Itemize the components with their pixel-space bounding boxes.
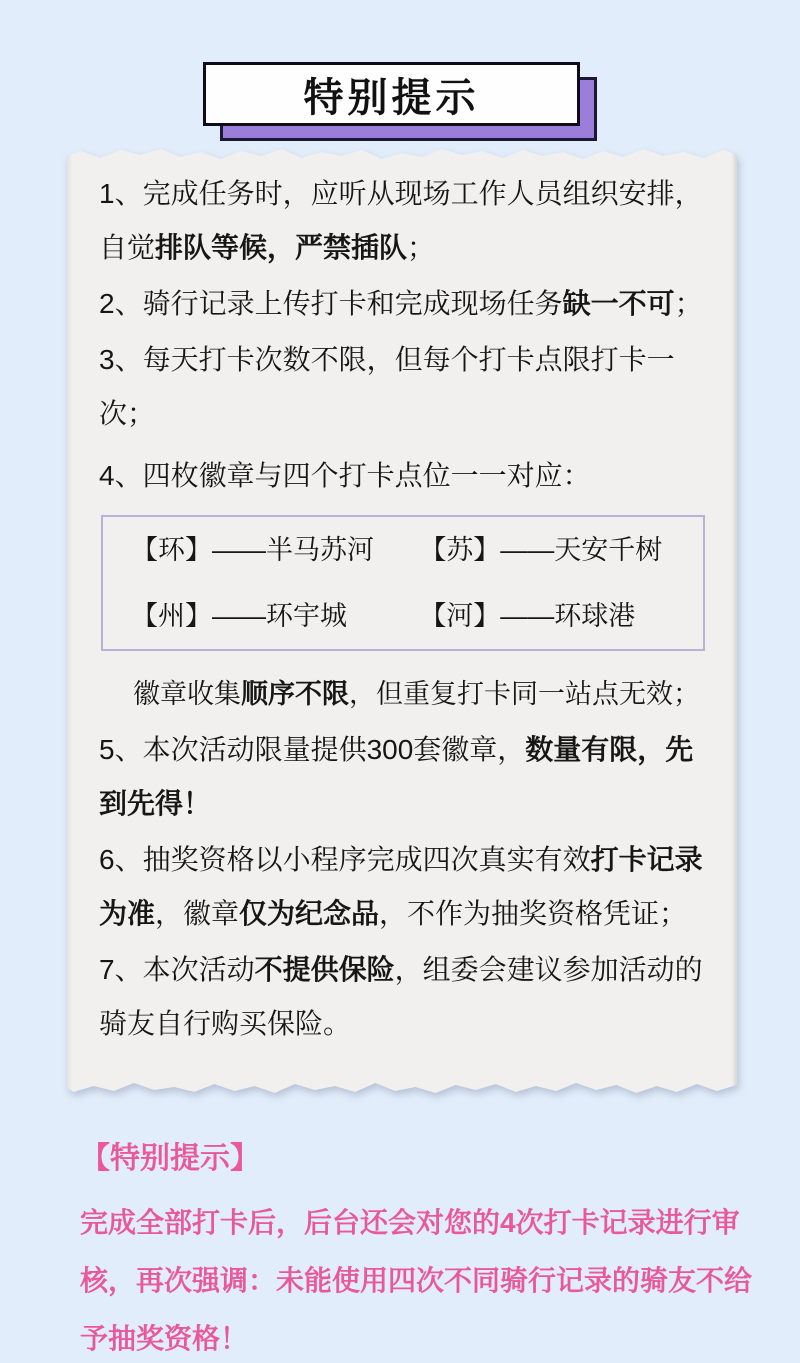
badge-mapping-box: 【环】——半马苏河 【苏】——天安千树 【州】——环宇城 【河】——环球港	[101, 515, 705, 651]
badge-collection-note: 徽章收集顺序不限，但重复打卡同一站点无效；	[99, 667, 707, 721]
notice-paper: 1、完成任务时，应听从现场工作人员组织安排，自觉排队等候，严禁插队； 2、骑行记…	[67, 147, 737, 1095]
notice-item-7: 7、本次活动不提供保险，组委会建议参加活动的骑友自行购买保险。	[99, 943, 707, 1051]
footer-heading: 【特别提示】	[80, 1138, 756, 1180]
title-banner: 特别提示	[203, 62, 580, 126]
notice-item-6: 6、抽奖资格以小程序完成四次真实有效打卡记录为准，徽章仅为纪念品，不作为抽奖资格…	[99, 833, 707, 941]
notice-item-3: 3、每天打卡次数不限，但每个打卡点限打卡一次；	[99, 333, 707, 441]
text-segment: ；	[407, 232, 435, 263]
text-segment: 7、本次活动	[99, 954, 255, 985]
badge-mapping-zhou: 【州】——环宇城	[131, 601, 419, 631]
badge-mapping-he: 【河】——环球港	[419, 601, 635, 631]
text-segment: ，徽章	[155, 898, 239, 929]
text-segment: 6、抽奖资格以小程序完成四次真实有效	[99, 844, 591, 875]
text-segment: 3、每天打卡次数不限，但每个打卡点限打卡一次；	[99, 344, 675, 429]
text-segment: 2、骑行记录上传打卡和完成现场任务	[99, 288, 563, 319]
text-segment: 顺序不限	[241, 679, 349, 709]
notice-item-2: 2、骑行记录上传打卡和完成现场任务缺一不可；	[99, 277, 707, 331]
title-banner-front: 特别提示	[203, 62, 580, 126]
text-segment: 缺一不可	[563, 288, 675, 319]
text-segment: 徽章收集	[133, 679, 241, 709]
footer-body: 完成全部打卡后，后台还会对您的4次打卡记录进行审核，再次强调：未能使用四次不同骑…	[80, 1194, 756, 1363]
footer-notice: 【特别提示】 完成全部打卡后，后台还会对您的4次打卡记录进行审核，再次强调：未能…	[80, 1138, 756, 1363]
notice-item-1: 1、完成任务时，应听从现场工作人员组织安排，自觉排队等候，严禁插队；	[99, 167, 707, 275]
page-title: 特别提示	[304, 66, 480, 123]
text-segment: ，但重复打卡同一站点无效；	[349, 679, 700, 709]
badge-mapping-row-1: 【环】——半马苏河 【苏】——天安千树	[131, 535, 675, 565]
notice-item-4: 4、四枚徽章与四个打卡点位一一对应：	[99, 449, 707, 503]
badge-mapping-row-2: 【州】——环宇城 【河】——环球港	[131, 601, 675, 631]
notice-item-5: 5、本次活动限量提供300套徽章，数量有限，先到先得！	[99, 723, 707, 831]
notice-paper-body: 1、完成任务时，应听从现场工作人员组织安排，自觉排队等候，严禁插队； 2、骑行记…	[67, 147, 737, 1095]
text-segment: 排队等候，严禁插队	[155, 232, 407, 263]
notice-poster-page: 特别提示 1、完成任务时，应听从现场工作人员组织安排，自觉排队等候，严禁插队； …	[0, 0, 800, 1363]
badge-mapping-huan: 【环】——半马苏河	[131, 535, 419, 565]
text-segment: 不提供保险	[255, 954, 395, 985]
text-segment: 5、本次活动限量提供300套徽章，	[99, 734, 525, 765]
text-segment: 4、四枚徽章与四个打卡点位一一对应：	[99, 460, 591, 491]
text-segment: 仅为纪念品	[239, 898, 379, 929]
text-segment: ，不作为抽奖资格凭证；	[379, 898, 687, 929]
text-segment: ；	[675, 288, 703, 319]
badge-mapping-su: 【苏】——天安千树	[419, 535, 662, 565]
